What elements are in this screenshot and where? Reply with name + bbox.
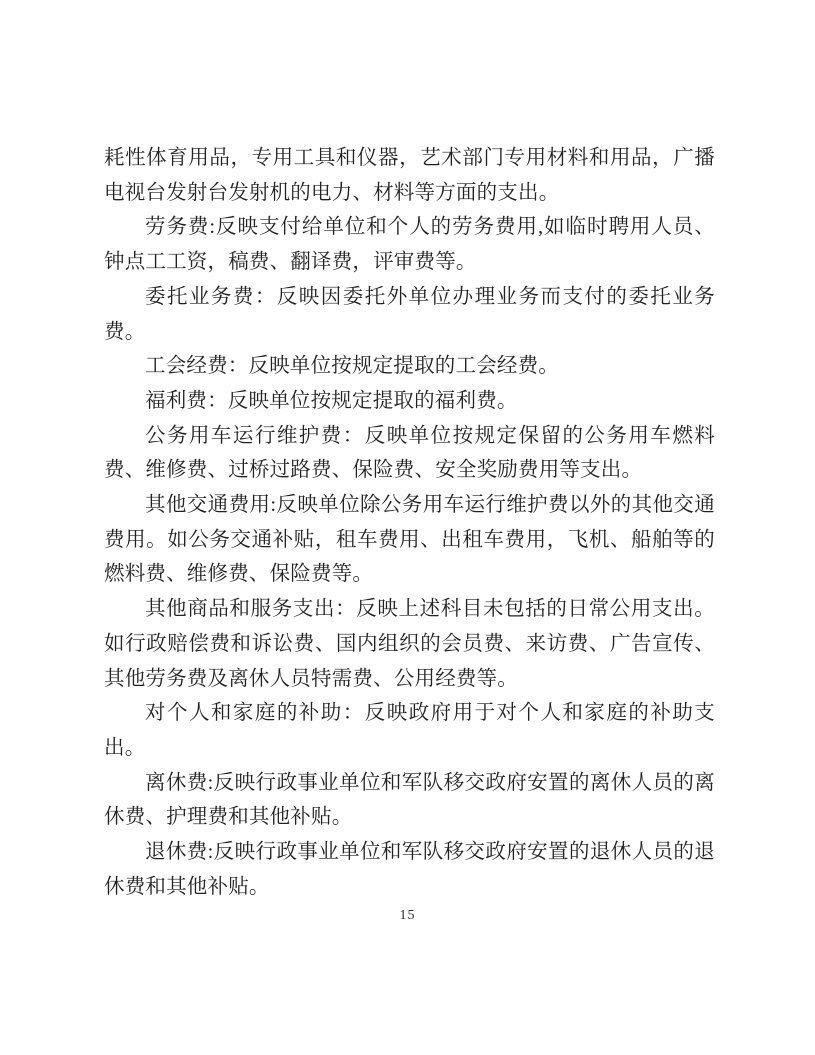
paragraph-entrusted-business-fee: 委托业务费：反映因委托外单位办理业务而支付的委托业务费。 bbox=[104, 280, 715, 349]
document-page: 耗性体育用品，专用工具和仪器，艺术部门专用材料和用品，广播电视台发射台发射机的电… bbox=[0, 0, 815, 1055]
page-number: 15 bbox=[0, 908, 815, 924]
paragraph-other-transport-expenses: 其他交通费用:反映单位除公务用车运行维护费以外的其他交通费用。如公务交通补贴，租… bbox=[104, 488, 715, 592]
paragraph-official-vehicle-operation-maintenance-fee: 公务用车运行维护费：反映单位按规定保留的公务用车燃料费、维修费、过桥过路费、保险… bbox=[104, 419, 715, 488]
paragraph-subsidy-for-individuals-and-families: 对个人和家庭的补助：反映政府用于对个人和家庭的补助支出。 bbox=[104, 696, 715, 765]
paragraph-lixiu-retirement-fee: 离休费:反映行政事业单位和军队移交政府安置的离休人员的离休费、护理费和其他补贴。 bbox=[104, 766, 715, 835]
document-text-block: 耗性体育用品，专用工具和仪器，艺术部门专用材料和用品，广播电视台发射台发射机的电… bbox=[104, 141, 715, 904]
paragraph-tuixiu-retirement-fee: 退休费:反映行政事业单位和军队移交政府安置的退休人员的退休费和其他补贴。 bbox=[104, 835, 715, 904]
paragraph-labor-service-fee: 劳务费:反映支付给单位和个人的劳务费用,如临时聘用人员、钟点工工资，稿费、翻译费… bbox=[104, 210, 715, 279]
paragraph-other-goods-and-services-expenses: 其他商品和服务支出：反映上述科目未包括的日常公用支出。如行政赔偿费和诉讼费、国内… bbox=[104, 592, 715, 696]
paragraph-consumables-continuation: 耗性体育用品，专用工具和仪器，艺术部门专用材料和用品，广播电视台发射台发射机的电… bbox=[104, 141, 715, 210]
paragraph-welfare-fee: 福利费：反映单位按规定提取的福利费。 bbox=[104, 384, 715, 419]
paragraph-union-funds: 工会经费：反映单位按规定提取的工会经费。 bbox=[104, 349, 715, 384]
